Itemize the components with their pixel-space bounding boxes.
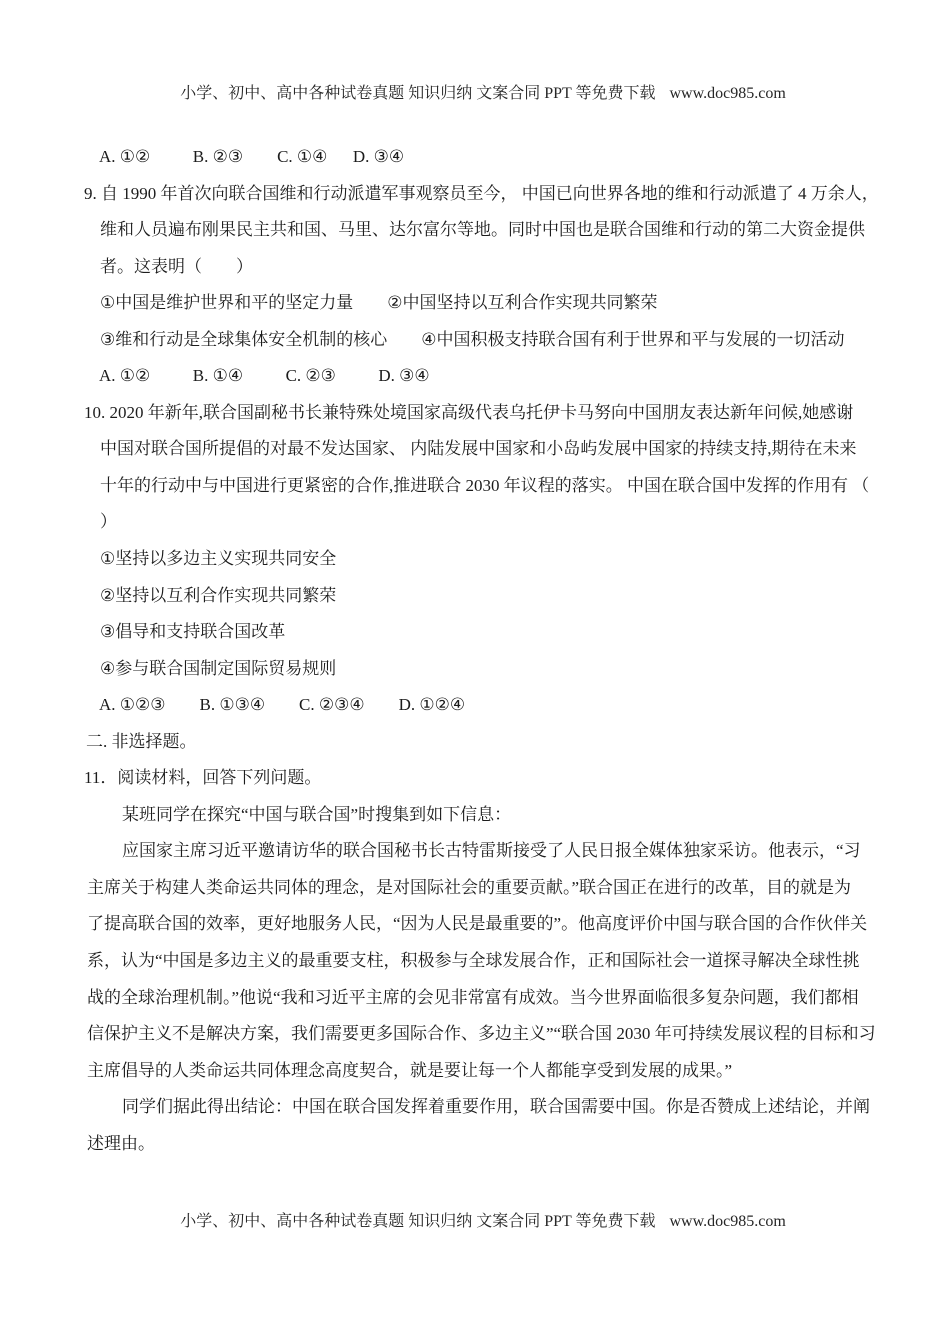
text-line: ③维和行动是全球集体安全机制的核心 ④中国积极支持联合国有利于世界和平与发展的一…	[84, 322, 904, 359]
text-line: 了提高联合国的效率，更好地服务人民，“因为人民是最重要的”。他高度评价中国与联合…	[84, 906, 904, 943]
page-header: 小学、初中、高中各种试卷真题 知识归纳 文案合同 PPT 等免费下载www.do…	[0, 62, 950, 121]
text-line: ①中国是维护世界和平的坚定力量 ②中国坚持以互利合作实现共同繁荣	[84, 285, 904, 322]
text-line: 应国家主席习近平邀请访华的联合国秘书长古特雷斯接受了人民日报全媒体独家采访。他表…	[84, 833, 904, 870]
text-line: 中国对联合国所提倡的对最不发达国家、 内陆发展中国家和小岛屿发展中国家的持续支持…	[84, 431, 904, 468]
text-line: ）	[84, 504, 904, 541]
question-10: 10. 2020 年新年,联合国副秘书长兼特殊处境国家高级代表乌托伊卡马努向中国…	[84, 395, 904, 724]
footer-url: www.doc985.com	[670, 1213, 786, 1230]
text-line: 维和人员遍布刚果民主共和国、马里、达尔富尔等地。同时中国也是联合国维和行动的第二…	[84, 212, 904, 249]
question-11: 11．阅读材料，回答下列问题。某班同学在探究“中国与联合国”时搜集到如下信息：应…	[84, 760, 904, 1162]
text-line: 战的全球治理机制。”他说“我和习近平主席的会见非常富有成效。当今世界面临很多复杂…	[84, 980, 904, 1017]
text-line: 二. 非选择题。	[84, 724, 904, 761]
exam-paper-page: 小学、初中、高中各种试卷真题 知识归纳 文案合同 PPT 等免费下载www.do…	[0, 0, 950, 1344]
text-line: ④参与联合国制定国际贸易规则	[84, 651, 904, 688]
text-line: 某班同学在探究“中国与联合国”时搜集到如下信息：	[84, 797, 904, 834]
text-line: 主席倡导的人类命运共同体理念高度契合，就是要让每一个人都能享受到发展的成果。”	[84, 1053, 904, 1090]
text-line: 述理由。	[84, 1126, 904, 1163]
question-9: 9. 自 1990 年首次向联合国维和行动派遣军事观察员至今， 中国已向世界各地…	[84, 176, 904, 395]
text-line: 10. 2020 年新年,联合国副秘书长兼特殊处境国家高级代表乌托伊卡马努向中国…	[84, 395, 904, 432]
text-line: ①坚持以多边主义实现共同安全	[84, 541, 904, 578]
text-line: 系，认为“中国是多边主义的最重要支柱，积极参与全球发展合作，正和国际社会一道探寻…	[84, 943, 904, 980]
header-text: 小学、初中、高中各种试卷真题 知识归纳 文案合同 PPT 等免费下载	[180, 85, 655, 102]
document-content: A. ①② B. ②③ C. ①④ D. ③④ 9. 自 1990 年首次向联合…	[84, 139, 904, 1162]
text-line: A. ①② B. ①④ C. ②③ D. ③④	[84, 358, 904, 395]
footer-text: 小学、初中、高中各种试卷真题 知识归纳 文案合同 PPT 等免费下载	[180, 1213, 655, 1230]
text-line: 11．阅读材料，回答下列问题。	[84, 760, 904, 797]
header-url: www.doc985.com	[670, 85, 786, 102]
text-line: 9. 自 1990 年首次向联合国维和行动派遣军事观察员至今， 中国已向世界各地…	[84, 176, 904, 213]
text-line: 十年的行动中与中国进行更紧密的合作,推进联合 2030 年议程的落实。 中国在联…	[84, 468, 904, 505]
page-footer: 小学、初中、高中各种试卷真题 知识归纳 文案合同 PPT 等免费下载www.do…	[0, 1190, 950, 1249]
text-line: 主席关于构建人类命运共同体的理念，是对国际社会的重要贡献。”联合国正在进行的改革…	[84, 870, 904, 907]
text-line: ③倡导和支持联合国改革	[84, 614, 904, 651]
text-line: A. ①② B. ②③ C. ①④ D. ③④	[84, 139, 904, 176]
text-line: 信保护主义不是解决方案，我们需要更多国际合作、多边主义”“联合国 2030 年可…	[84, 1016, 904, 1053]
text-line: A. ①②③ B. ①③④ C. ②③④ D. ①②④	[84, 687, 904, 724]
text-line: ②坚持以互利合作实现共同繁荣	[84, 578, 904, 615]
text-line: 者。这表明（ ）	[84, 249, 904, 286]
text-line: 同学们据此得出结论：中国在联合国发挥着重要作用，联合国需要中国。你是否赞成上述结…	[84, 1089, 904, 1126]
section-2-heading: 二. 非选择题。	[84, 724, 904, 761]
question-8-options: A. ①② B. ②③ C. ①④ D. ③④	[84, 139, 904, 176]
